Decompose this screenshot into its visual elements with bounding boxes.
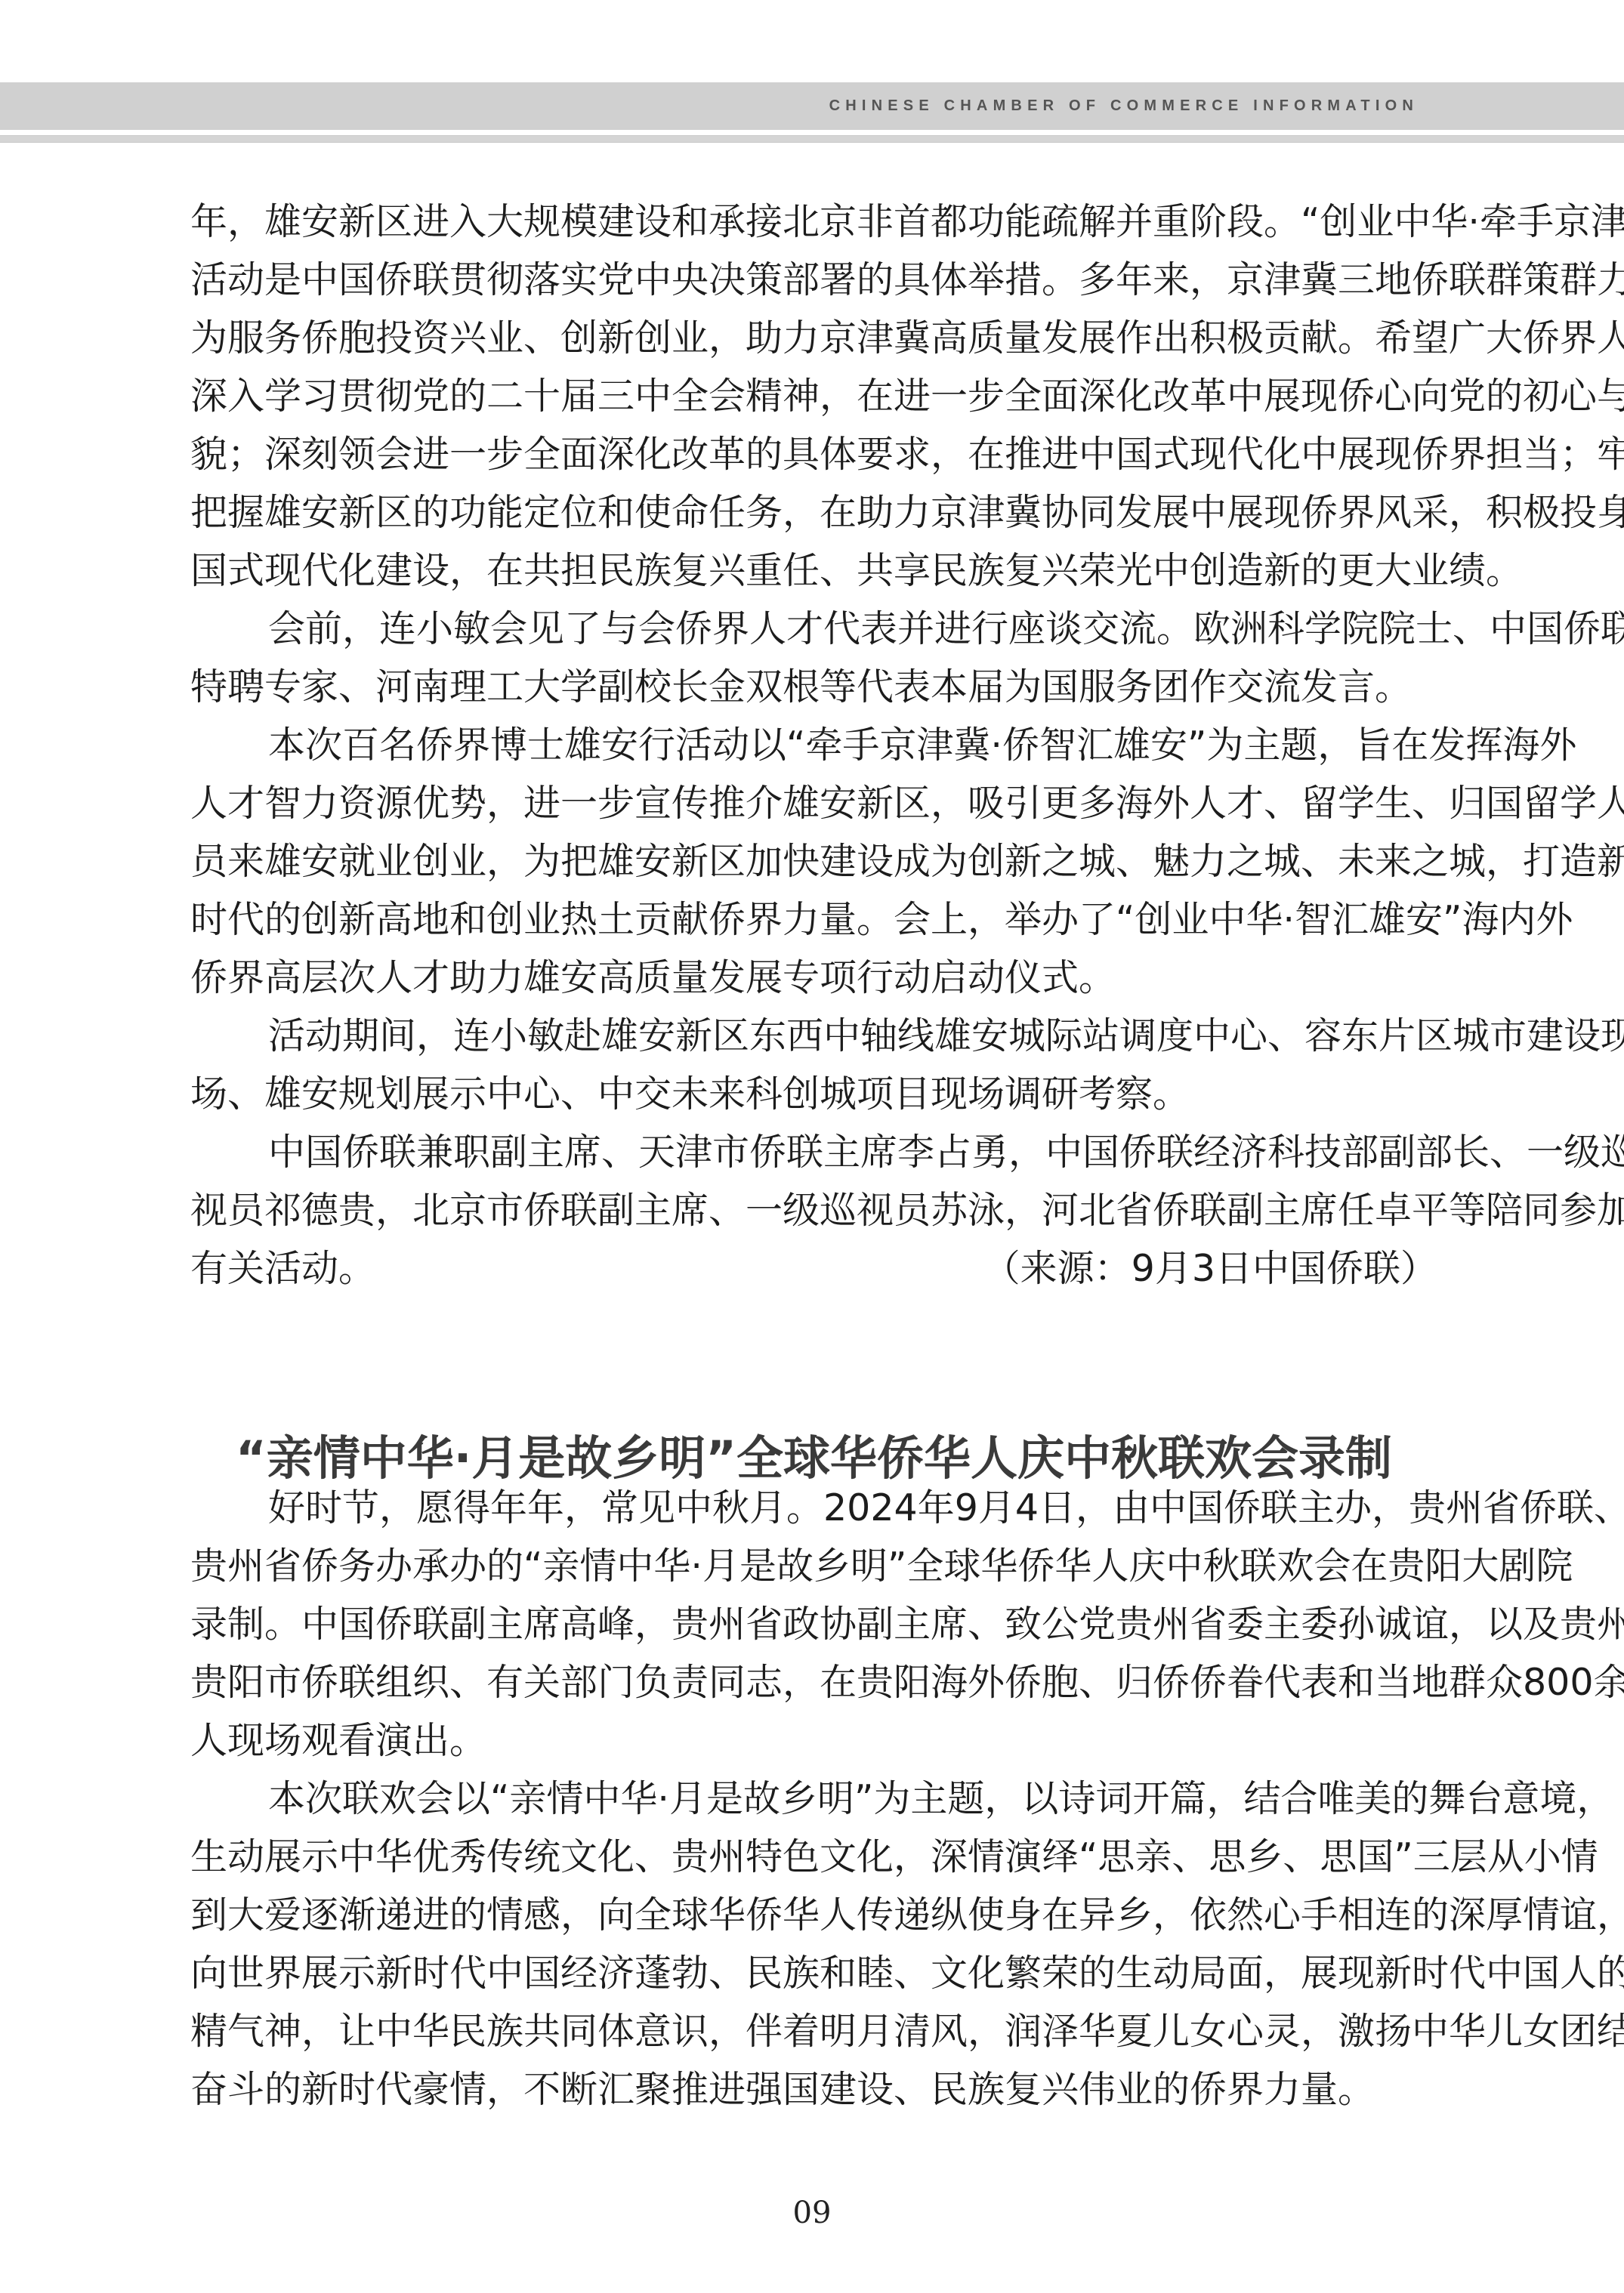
text-line: 贵阳市侨联组织、有关部门负责同志，在贵阳海外侨胞、归侨侨眷代表和当地群众800余	[190, 1660, 1437, 1705]
paragraph-start-line: 本次百名侨界博士雄安行活动以“牵手京津冀·侨智汇雄安”为主题，旨在发挥海外	[268, 723, 1437, 768]
paragraph-start-line: 会前，连小敏会见了与会侨界人才代表并进行座谈交流。欧洲科学院院士、中国侨联	[268, 606, 1437, 652]
text-line: 生动展示中华优秀传统文化、贵州特色文化，深情演绎“思亲、思乡、思国”三层从小情	[190, 1835, 1437, 1880]
paragraph-start-line: 活动期间，连小敏赴雄安新区东西中轴线雄安城际站调度中心、容东片区城市建设现	[268, 1014, 1437, 1059]
text-line: 到大爱逐渐递进的情感，向全球华侨华人传递纵使身在异乡，依然心手相连的深厚情谊，	[190, 1893, 1437, 1938]
text-line: 貌；深刻领会进一步全面深化改革的具体要求，在推进中国式现代化中展现侨界担当；牢牢	[190, 432, 1437, 477]
text-line: 年，雄安新区进入大规模建设和承接北京非首都功能疏解并重阶段。“创业中华·牵手京津…	[190, 199, 1437, 245]
text-line: 活动是中国侨联贯彻落实党中央决策部署的具体举措。多年来，京津冀三地侨联群策群力，	[190, 258, 1437, 303]
text-line: 视员祁德贵，北京市侨联副主席、一级巡视员苏泳，河北省侨联副主席任卓平等陪同参加	[190, 1188, 1437, 1233]
text-line: 员来雄安就业创业，为把雄安新区加快建设成为创新之城、魅力之城、未来之城，打造新	[190, 839, 1437, 884]
text-line: 特聘专家、河南理工大学副校长金双根等代表本届为国服务团作交流发言。	[190, 665, 1437, 710]
text-line: 国式现代化建设，在共担民族复兴重任、共享民族复兴荣光中创造新的更大业绩。	[190, 548, 1437, 594]
text-line: 把握雄安新区的功能定位和使命任务，在助力京津冀协同发展中展现侨界风采，积极投身中	[190, 490, 1437, 535]
paragraph-start-line: 好时节，愿得年年，常见中秋月。2024年9月4日，由中国侨联主办，贵州省侨联、	[268, 1486, 1437, 1531]
paragraph-start-line: 中国侨联兼职副主席、天津市侨联主席李占勇，中国侨联经济科技部副部长、一级巡	[268, 1130, 1437, 1175]
page-number: 09	[0, 2194, 1624, 2232]
article-2-title: “亲情中华·月是故乡明”全球华侨华人庆中秋联欢会录制	[190, 1430, 1437, 1487]
text-line: 录制。中国侨联副主席高峰，贵州省政协副主席、致公党贵州省委主委孙诚谊，以及贵州省…	[190, 1602, 1437, 1647]
text-line: 向世界展示新时代中国经济蓬勃、民族和睦、文化繁荣的生动局面，展现新时代中国人的	[190, 1951, 1437, 1996]
publication-title: CHINESE CHAMBER OF COMMERCE INFORMATION	[829, 97, 1419, 114]
text-line: 场、雄安规划展示中心、中交未来科创城项目现场调研考察。	[190, 1072, 1437, 1117]
text-line: 奋斗的新时代豪情，不断汇聚推进强国建设、民族复兴伟业的侨界力量。	[190, 2067, 1437, 2112]
text-line: 侨界高层次人才助力雄安高质量发展专项行动启动仪式。	[190, 955, 1437, 1001]
source-attribution: （来源：9月3日中国侨联）	[983, 1246, 1437, 1292]
text-line: 深入学习贯彻党的二十届三中全会精神，在进一步全面深化改革中展现侨心向党的初心与风	[190, 374, 1437, 419]
paragraph-start-line: 本次联欢会以“亲情中华·月是故乡明”为主题，以诗词开篇，结合唯美的舞台意境，	[268, 1776, 1437, 1822]
header-divider	[0, 135, 1624, 143]
text-line: 人现场观看演出。	[190, 1718, 1437, 1764]
text-line: 为服务侨胞投资兴业、创新创业，助力京津冀高质量发展作出积极贡献。希望广大侨界人才	[190, 316, 1437, 361]
text-line: 时代的创新高地和创业热土贡献侨界力量。会上，举办了“创业中华·智汇雄安”海内外	[190, 897, 1437, 943]
text-line: 贵州省侨务办承办的“亲情中华·月是故乡明”全球华侨华人庆中秋联欢会在贵阳大剧院	[190, 1544, 1437, 1589]
text-line: 精气神，让中华民族共同体意识，伴着明月清风，润泽华夏儿女心灵，激扬中华儿女团结	[190, 2009, 1437, 2054]
text-line: 人才智力资源优势，进一步宣传推介雄安新区，吸引更多海外人才、留学生、归国留学人	[190, 781, 1437, 826]
